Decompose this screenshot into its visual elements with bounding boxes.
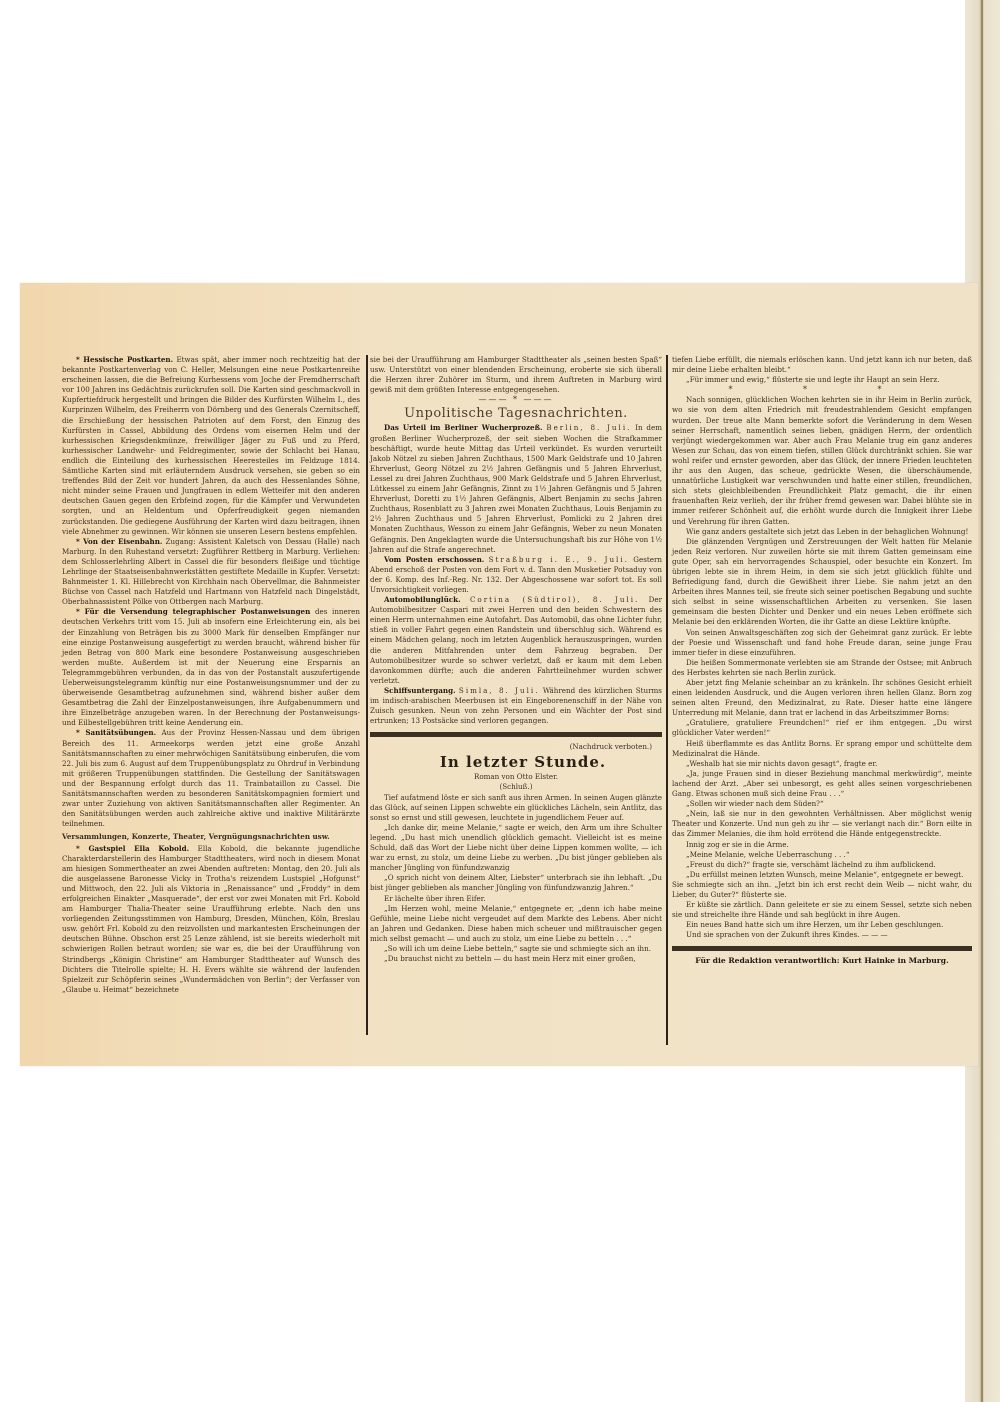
paragraph-text: „Im Herzen wohl, meine Melanie,“ entgegn…	[370, 904, 662, 943]
paragraph-text: „Ja, junge Frauen sind in dieser Beziehu…	[672, 769, 972, 798]
paragraph-text: „Nein, laß sie nur in den gewohnten Verh…	[672, 809, 972, 838]
star-separator: ——— * ———	[370, 395, 662, 405]
column-1: * Hessische Postkarten. Etwas spät, aber…	[62, 355, 360, 995]
article-paragraph: Die glänzenden Vergnügen und Zerstreuung…	[672, 537, 972, 628]
article-paragraph: * Für die Versendung telegraphischer Pos…	[62, 607, 360, 728]
article-lead: * Für die Versendung telegraphischer Pos…	[76, 607, 310, 616]
article-paragraph: Er lächelte über ihren Eifer.	[370, 894, 662, 904]
article-paragraph: „Im Herzen wohl, meine Melanie,“ entgegn…	[370, 904, 662, 944]
article-paragraph: „Ich danke dir, meine Melanie,“ sagte er…	[370, 823, 662, 873]
paragraph-text: Nach sonnigen, glücklichen Wochen kehrte…	[672, 395, 972, 525]
paragraph-text: Der Automobilbesitzer Caspari mit zwei H…	[370, 595, 662, 685]
reprint-note: (Nachdruck verboten.)	[370, 742, 662, 752]
article-paragraph: Nach sonnigen, glücklichen Wochen kehrte…	[672, 395, 972, 526]
paragraph-text: Zugang: Assistent Kaletsch von Dessau (H…	[62, 537, 360, 607]
paragraph-text: „Gratuliere, gratuliere Freundchen!“ rie…	[672, 718, 972, 737]
paragraph-text: Aus der Provinz Hessen-Nassau und dem üb…	[62, 728, 360, 828]
article-paragraph: Sie schmiegte sich an ihn. „Jetzt bin ic…	[672, 880, 972, 900]
article-paragraph: „Ja, junge Frauen sind in dieser Beziehu…	[672, 769, 972, 799]
dateline: Berlin, 8. Juli.	[546, 423, 631, 432]
paragraph-text: Heiß überflammte es das Antlitz Borns. E…	[672, 739, 972, 758]
binding-fold	[981, 0, 983, 1402]
paragraph-text: Die glänzenden Vergnügen und Zerstreuung…	[672, 537, 972, 627]
article-paragraph: Aber jetzt fing Melanie scheinbar an zu …	[672, 678, 972, 718]
article-paragraph: sie bei der Uraufführung am Hamburger St…	[370, 355, 662, 395]
article-lead: * Von der Eisenbahn.	[76, 537, 162, 546]
article-lead: * Hessische Postkarten.	[76, 355, 173, 364]
column-2: sie bei der Uraufführung am Hamburger St…	[370, 355, 662, 964]
article-paragraph: Das Urteil im Berliner Wucherprozeß. Ber…	[370, 423, 662, 554]
article-paragraph: tiefen Liebe erfüllt, die niemals erlösc…	[672, 355, 972, 375]
article-paragraph: Wie ganz anders gestaltete sich jetzt da…	[672, 527, 972, 537]
article-paragraph: „Für immer und ewig,“ flüsterte sie und …	[672, 375, 972, 385]
paragraph-text: Von seinen Anwaltsgeschäften zog sich de…	[672, 628, 972, 657]
article-lead: * Gastspiel Ella Kobold.	[76, 844, 189, 853]
paragraph-text: Sie schmiegte sich an ihn. „Jetzt bin ic…	[672, 880, 972, 899]
paragraph-text: „Du erfüllst meinen letzten Wunsch, mein…	[686, 870, 963, 879]
paragraph-text: Etwas spät, aber immer noch rechtzeitig …	[62, 355, 360, 536]
paragraph-text: Tief aufatmend löste er sich sanft aus i…	[370, 793, 662, 822]
paragraph-text: „Für immer und ewig,“ flüsterte sie und …	[686, 375, 939, 384]
paragraph-text: tiefen Liebe erfüllt, die niemals erlösc…	[672, 355, 972, 374]
article-paragraph: „Freust du dich?“ fragte sie, verschämt …	[672, 860, 972, 870]
article-paragraph: „Du brauchst nicht zu betteln — du hast …	[370, 954, 662, 964]
paragraph-text: „Sollen wir wieder nach dem Süden?“	[686, 799, 824, 808]
article-lead: Das Urteil im Berliner Wucherprozeß.	[384, 423, 543, 432]
editor-footer: Für die Redaktion verantwortlich: Kurt H…	[672, 956, 972, 966]
article-paragraph: „Meine Melanie, welche Ueberraschung . .…	[672, 850, 972, 860]
article-paragraph: Vom Posten erschossen. Straßburg i. E., …	[370, 555, 662, 595]
article-paragraph: „Sollen wir wieder nach dem Süden?“	[672, 799, 972, 809]
article-lead: Automobilunglück.	[384, 595, 461, 604]
article-paragraph: Ein neues Band hatte sich um ihre Herzen…	[672, 920, 972, 930]
section-heading: Versammlungen, Konzerte, Theater, Vergnü…	[62, 832, 360, 842]
article-paragraph: Von seinen Anwaltsgeschäften zog sich de…	[672, 628, 972, 658]
scene-break-stars: * * *	[672, 385, 972, 395]
paragraph-text: In dem großen Berliner Wucherprozeß, der…	[370, 423, 662, 553]
article-paragraph: „So will ich um deine Liebe betteln,“ sa…	[370, 944, 662, 954]
story-title: In letzter Stunde.	[370, 752, 662, 772]
paragraph-text: Wie ganz anders gestaltete sich jetzt da…	[686, 527, 968, 536]
paragraph-text: „Freust du dich?“ fragte sie, verschämt …	[686, 860, 936, 869]
article-lead: Vom Posten erschossen.	[384, 555, 484, 564]
paragraph-text: Er küßte sie zärtlich. Dann geleitete er…	[672, 900, 972, 919]
paragraph-text: des inneren deutschen Verkehrs tritt vom…	[62, 607, 360, 727]
paragraph-text: „Du brauchst nicht zu betteln — du hast …	[384, 954, 636, 963]
paragraph-text: „O sprich nicht von deinem Alter, Liebst…	[370, 873, 662, 892]
article-paragraph: „Weshalb hat sie mir nichts davon gesagt…	[672, 759, 972, 769]
paragraph-text: Aber jetzt fing Melanie scheinbar an zu …	[672, 678, 972, 717]
paragraph-text: Und sie sprachen von der Zukunft ihres K…	[686, 930, 888, 939]
article-paragraph: Er küßte sie zärtlich. Dann geleitete er…	[672, 900, 972, 920]
column-divider	[666, 355, 668, 1045]
paragraph-text: Innig zog er sie in die Arme.	[686, 840, 789, 849]
article-paragraph: * Gastspiel Ella Kobold. Ella Kobold, di…	[62, 844, 360, 995]
article-paragraph: Heiß überflammte es das Antlitz Borns. E…	[672, 739, 972, 759]
article-paragraph: Und sie sprachen von der Zukunft ihres K…	[672, 930, 972, 940]
dateline: Cortina (Südtirol), 8. Juli.	[470, 595, 639, 604]
paragraph-text: „So will ich um deine Liebe betteln,“ sa…	[384, 944, 651, 953]
column-divider	[366, 355, 368, 1035]
thick-rule	[672, 946, 972, 951]
byline: (Schluß.)	[370, 782, 662, 792]
paragraph-text: „Weshalb hat sie mir nichts davon gesagt…	[686, 759, 877, 768]
article-paragraph: Tief aufatmend löste er sich sanft aus i…	[370, 793, 662, 823]
article-paragraph: Automobilunglück. Cortina (Südtirol), 8.…	[370, 595, 662, 686]
article-paragraph: „Nein, laß sie nur in den gewohnten Verh…	[672, 809, 972, 839]
thick-rule	[370, 732, 662, 737]
paragraph-text: Ella Kobold, die bekannte jugendliche Ch…	[62, 844, 360, 994]
article-paragraph: * Sanitätsübungen. Aus der Provinz Hesse…	[62, 728, 360, 829]
paragraph-text: sie bei der Uraufführung am Hamburger St…	[370, 355, 662, 394]
article-lead: Schiffsuntergang.	[384, 686, 456, 695]
dateline: Simla, 8. Juli.	[459, 686, 540, 695]
paragraph-text: „Ich danke dir, meine Melanie,“ sagte er…	[370, 823, 662, 872]
article-paragraph: * Hessische Postkarten. Etwas spät, aber…	[62, 355, 360, 537]
article-paragraph: Innig zog er sie in die Arme.	[672, 840, 972, 850]
article-paragraph: Die heißen Sommermonate verlebten sie am…	[672, 658, 972, 678]
byline: Roman von Otto Elster.	[370, 772, 662, 782]
article-paragraph: * Von der Eisenbahn. Zugang: Assistent K…	[62, 537, 360, 608]
paragraph-text: Ein neues Band hatte sich um ihre Herzen…	[686, 920, 943, 929]
article-lead: * Sanitätsübungen.	[76, 728, 156, 737]
section-title: Unpolitische Tagesnachrichten.	[370, 405, 662, 423]
article-paragraph: „Gratuliere, gratuliere Freundchen!“ rie…	[672, 718, 972, 738]
article-paragraph: „O sprich nicht von deinem Alter, Liebst…	[370, 873, 662, 893]
dateline: Straßburg i. E., 9. Juli.	[489, 555, 629, 564]
paragraph-text: „Meine Melanie, welche Ueberraschung . .…	[686, 850, 849, 859]
paragraph-text: Er lächelte über ihren Eifer.	[384, 894, 486, 903]
column-3: tiefen Liebe erfüllt, die niemals erlösc…	[672, 355, 972, 967]
article-paragraph: „Du erfüllst meinen letzten Wunsch, mein…	[672, 870, 972, 880]
paragraph-text: Die heißen Sommermonate verlebten sie am…	[672, 658, 972, 677]
article-paragraph: Schiffsuntergang. Simla, 8. Juli. Währen…	[370, 686, 662, 726]
